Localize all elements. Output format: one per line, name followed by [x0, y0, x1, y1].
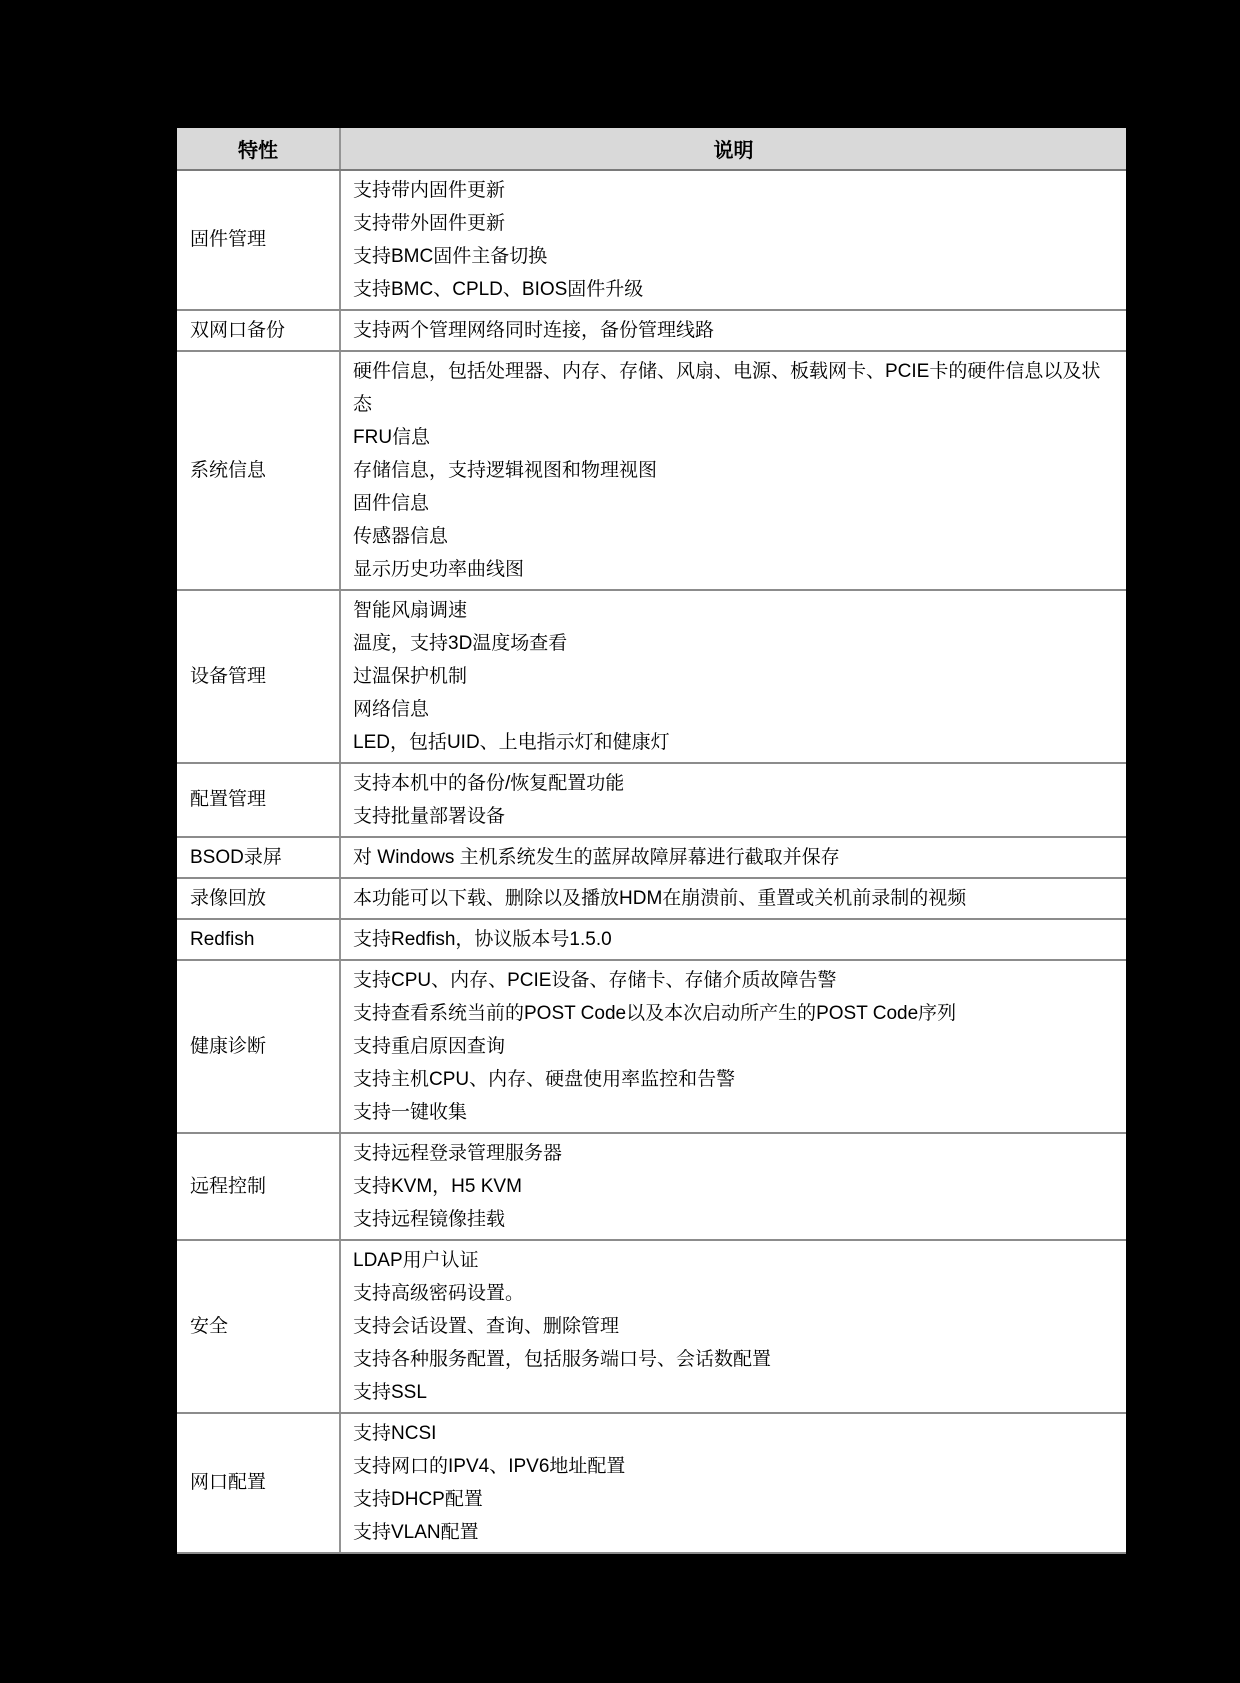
feature-label: 录像回放: [190, 886, 333, 912]
table-row: 配置管理支持本机中的备份/恢复配置功能支持批量部署设备: [177, 763, 1126, 837]
description-line: 支持SSL: [353, 1376, 1112, 1409]
description-line: 本功能可以下载、删除以及播放HDM在崩溃前、重置或关机前录制的视频: [353, 882, 1112, 915]
description-line: LDAP用户认证: [353, 1244, 1112, 1277]
feature-cell: 健康诊断: [177, 960, 340, 1133]
description-line: 存储信息，支持逻辑视图和物理视图: [353, 454, 1112, 487]
description-cell: 支持NCSI支持网口的IPV4、IPV6地址配置支持DHCP配置支持VLAN配置: [340, 1413, 1126, 1553]
features-table: 特性 说明 固件管理支持带内固件更新支持带外固件更新支持BMC固件主备切换支持B…: [177, 128, 1126, 1554]
description-cell: 支持本机中的备份/恢复配置功能支持批量部署设备: [340, 763, 1126, 837]
feature-cell: Redfish: [177, 919, 340, 960]
description-line: 支持一键收集: [353, 1096, 1112, 1129]
description-cell: 硬件信息，包括处理器、内存、存储、风扇、电源、板载网卡、PCIE卡的硬件信息以及…: [340, 351, 1126, 590]
feature-cell: 录像回放: [177, 878, 340, 919]
description-line: 固件信息: [353, 487, 1112, 520]
description-line: 支持CPU、内存、PCIE设备、存储卡、存储介质故障告警: [353, 964, 1112, 997]
feature-label: 健康诊断: [190, 1034, 333, 1060]
description-line: 支持远程镜像挂载: [353, 1203, 1112, 1236]
description-line: 硬件信息，包括处理器、内存、存储、风扇、电源、板载网卡、PCIE卡的硬件信息以及…: [353, 355, 1112, 421]
description-cell: 支持两个管理网络同时连接，备份管理线路: [340, 310, 1126, 351]
feature-cell: 固件管理: [177, 170, 340, 310]
description-cell: 支持CPU、内存、PCIE设备、存储卡、存储介质故障告警支持查看系统当前的POS…: [340, 960, 1126, 1133]
feature-cell: 配置管理: [177, 763, 340, 837]
header-row: 特性 说明: [177, 128, 1126, 170]
table-row: BSOD录屏对 Windows 主机系统发生的蓝屏故障屏幕进行截取并保存: [177, 837, 1126, 878]
feature-label: Redfish: [190, 927, 333, 953]
table-row: 安全LDAP用户认证支持高级密码设置。支持会话设置、查询、删除管理支持各种服务配…: [177, 1240, 1126, 1413]
description-line: 显示历史功率曲线图: [353, 553, 1112, 586]
description-line: 支持远程登录管理服务器: [353, 1137, 1112, 1170]
feature-label: 安全: [190, 1314, 333, 1340]
feature-label: 设备管理: [190, 664, 333, 690]
description-line: 支持KVM，H5 KVM: [353, 1170, 1112, 1203]
description-line: 支持带外固件更新: [353, 207, 1112, 240]
column-header-description: 说明: [340, 128, 1126, 170]
description-line: 支持高级密码设置。: [353, 1277, 1112, 1310]
description-line: 智能风扇调速: [353, 594, 1112, 627]
description-line: 网络信息: [353, 693, 1112, 726]
column-header-feature: 特性: [177, 128, 340, 170]
feature-cell: 设备管理: [177, 590, 340, 763]
description-line: 支持主机CPU、内存、硬盘使用率监控和告警: [353, 1063, 1112, 1096]
description-line: 温度，支持3D温度场查看: [353, 627, 1112, 660]
feature-label: 固件管理: [190, 227, 333, 253]
description-line: 支持NCSI: [353, 1417, 1112, 1450]
feature-label: 远程控制: [190, 1174, 333, 1200]
table-row: 录像回放本功能可以下载、删除以及播放HDM在崩溃前、重置或关机前录制的视频: [177, 878, 1126, 919]
description-line: 支持批量部署设备: [353, 800, 1112, 833]
description-line: 对 Windows 主机系统发生的蓝屏故障屏幕进行截取并保存: [353, 841, 1112, 874]
table-row: 双网口备份支持两个管理网络同时连接，备份管理线路: [177, 310, 1126, 351]
description-line: 支持查看系统当前的POST Code以及本次启动所产生的POST Code序列: [353, 997, 1112, 1030]
description-line: FRU信息: [353, 421, 1112, 454]
description-line: 支持VLAN配置: [353, 1516, 1112, 1549]
description-line: 支持BMC、CPLD、BIOS固件升级: [353, 273, 1112, 306]
description-cell: 支持Redfish，协议版本号1.5.0: [340, 919, 1126, 960]
description-cell: 智能风扇调速温度，支持3D温度场查看过温保护机制网络信息LED，包括UID、上电…: [340, 590, 1126, 763]
description-line: 传感器信息: [353, 520, 1112, 553]
table-row: 健康诊断支持CPU、内存、PCIE设备、存储卡、存储介质故障告警支持查看系统当前…: [177, 960, 1126, 1133]
feature-cell: 安全: [177, 1240, 340, 1413]
description-line: 支持会话设置、查询、删除管理: [353, 1310, 1112, 1343]
table-body: 固件管理支持带内固件更新支持带外固件更新支持BMC固件主备切换支持BMC、CPL…: [177, 170, 1126, 1553]
description-cell: 支持远程登录管理服务器支持KVM，H5 KVM支持远程镜像挂载: [340, 1133, 1126, 1240]
description-line: 支持DHCP配置: [353, 1483, 1112, 1516]
description-line: 支持网口的IPV4、IPV6地址配置: [353, 1450, 1112, 1483]
feature-label: 系统信息: [190, 458, 333, 484]
table-row: 固件管理支持带内固件更新支持带外固件更新支持BMC固件主备切换支持BMC、CPL…: [177, 170, 1126, 310]
feature-cell: BSOD录屏: [177, 837, 340, 878]
table-row: 系统信息硬件信息，包括处理器、内存、存储、风扇、电源、板载网卡、PCIE卡的硬件…: [177, 351, 1126, 590]
feature-cell: 远程控制: [177, 1133, 340, 1240]
description-line: 支持各种服务配置，包括服务端口号、会话数配置: [353, 1343, 1112, 1376]
feature-label: 配置管理: [190, 787, 333, 813]
table-header: 特性 说明: [177, 128, 1126, 170]
description-cell: 本功能可以下载、删除以及播放HDM在崩溃前、重置或关机前录制的视频: [340, 878, 1126, 919]
description-line: 支持Redfish，协议版本号1.5.0: [353, 923, 1112, 956]
description-line: 支持重启原因查询: [353, 1030, 1112, 1063]
feature-label: BSOD录屏: [190, 845, 333, 871]
feature-cell: 网口配置: [177, 1413, 340, 1553]
description-cell: 对 Windows 主机系统发生的蓝屏故障屏幕进行截取并保存: [340, 837, 1126, 878]
description-line: 支持两个管理网络同时连接，备份管理线路: [353, 314, 1112, 347]
feature-label: 网口配置: [190, 1470, 333, 1496]
description-line: LED，包括UID、上电指示灯和健康灯: [353, 726, 1112, 759]
description-line: 过温保护机制: [353, 660, 1112, 693]
document-page: { "colors": { "page_background": "#00000…: [0, 0, 1240, 1683]
table-row: 设备管理智能风扇调速温度，支持3D温度场查看过温保护机制网络信息LED，包括UI…: [177, 590, 1126, 763]
feature-label: 双网口备份: [190, 318, 333, 344]
description-line: 支持本机中的备份/恢复配置功能: [353, 767, 1112, 800]
description-cell: 支持带内固件更新支持带外固件更新支持BMC固件主备切换支持BMC、CPLD、BI…: [340, 170, 1126, 310]
feature-cell: 双网口备份: [177, 310, 340, 351]
feature-cell: 系统信息: [177, 351, 340, 590]
table-row: Redfish支持Redfish，协议版本号1.5.0: [177, 919, 1126, 960]
description-line: 支持BMC固件主备切换: [353, 240, 1112, 273]
description-line: 支持带内固件更新: [353, 174, 1112, 207]
table-row: 远程控制支持远程登录管理服务器支持KVM，H5 KVM支持远程镜像挂载: [177, 1133, 1126, 1240]
table-row: 网口配置支持NCSI支持网口的IPV4、IPV6地址配置支持DHCP配置支持VL…: [177, 1413, 1126, 1553]
description-cell: LDAP用户认证支持高级密码设置。支持会话设置、查询、删除管理支持各种服务配置，…: [340, 1240, 1126, 1413]
